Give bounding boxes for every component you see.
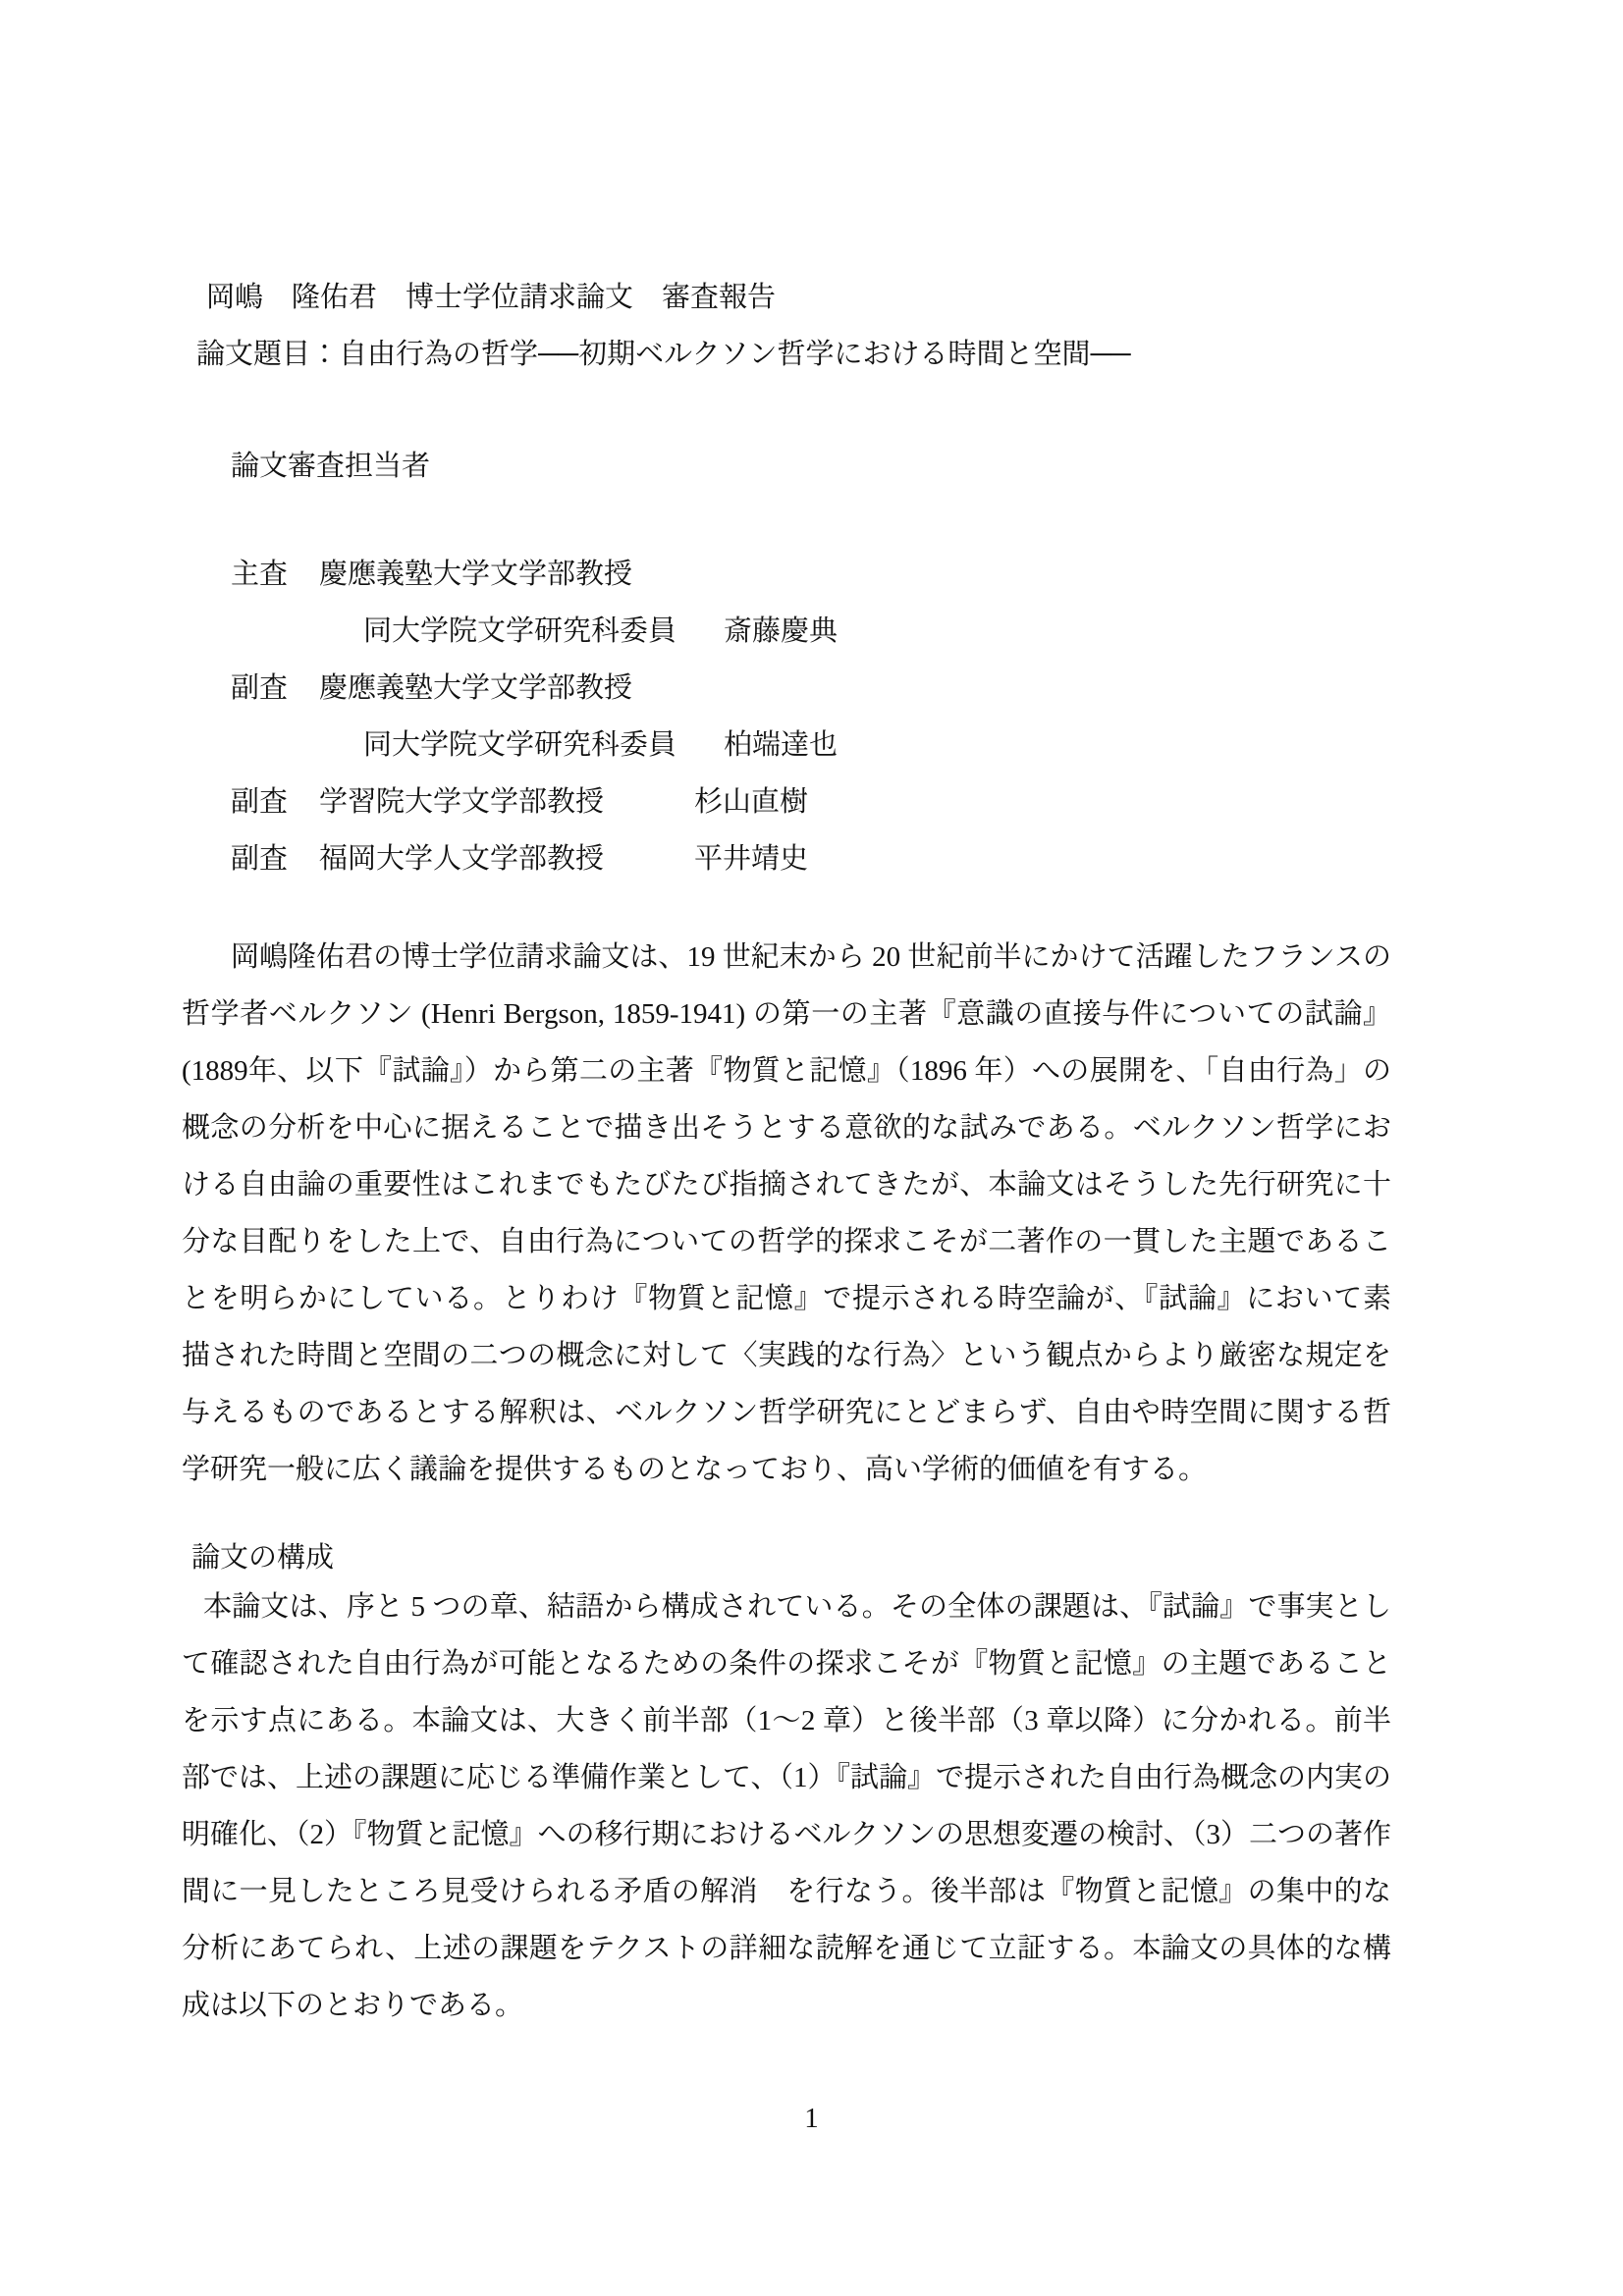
committee-affiliation: 同大学院文学研究科委員 (363, 603, 676, 660)
committee-role: 副査 (231, 660, 288, 717)
committee-row: 副査 福岡大学人文学部教授 平井靖史 (182, 830, 1391, 887)
committee-member-name: 杉山直樹 (694, 774, 808, 830)
document-page: 岡嶋 隆佑君 博士学位請求論文 審査報告 論文題目：自由行為の哲学──初期ベルク… (0, 0, 1623, 2296)
committee-row: 副査 慶應義塾大学文学部教授 (182, 660, 1391, 717)
committee-affiliation: 慶應義塾大学文学部教授 (319, 546, 632, 603)
structure-paragraph: 本論文は、序と 5 つの章、結語から構成されている。その全体の課題は、『試論』で… (182, 1578, 1391, 2034)
committee-role: 主査 (231, 546, 288, 603)
committee-row: 同大学院文学研究科委員 斎藤慶典 (182, 603, 1391, 660)
committee-row: 同大学院文学研究科委員 柏端達也 (182, 717, 1391, 774)
committee-role: 副査 (231, 830, 288, 887)
committee-section-heading: 論文審査担当者 (182, 438, 1391, 495)
page-number: 1 (0, 2090, 1623, 2147)
committee-member-name: 柏端達也 (724, 717, 838, 774)
committee-affiliation: 学習院大学文学部教授 (319, 774, 604, 830)
committee-row: 副査 学習院大学文学部教授 杉山直樹 (182, 774, 1391, 830)
committee-affiliation: 同大学院文学研究科委員 (363, 717, 676, 774)
committee-member-name: 斎藤慶典 (724, 603, 838, 660)
committee-member-name: 平井靖史 (694, 830, 808, 887)
thesis-title-line: 論文題目：自由行為の哲学──初期ベルクソン哲学における時間と空間── (182, 326, 1391, 383)
summary-paragraph: 岡嶋隆佑君の博士学位請求論文は、19 世紀末から 20 世紀前半にかけて活躍した… (182, 929, 1391, 1498)
report-title-line: 岡嶋 隆佑君 博士学位請求論文 審査報告 (182, 269, 1391, 326)
committee-affiliation: 福岡大学人文学部教授 (319, 830, 604, 887)
report-header: 岡嶋 隆佑君 博士学位請求論文 審査報告 論文題目：自由行為の哲学──初期ベルク… (182, 269, 1391, 383)
committee-row: 主査 慶應義塾大学文学部教授 (182, 546, 1391, 603)
committee-affiliation: 慶應義塾大学文学部教授 (319, 660, 632, 717)
committee-role: 副査 (231, 774, 288, 830)
committee-list: 主査 慶應義塾大学文学部教授 同大学院文学研究科委員 斎藤慶典 副査 慶應義塾大… (182, 546, 1391, 887)
